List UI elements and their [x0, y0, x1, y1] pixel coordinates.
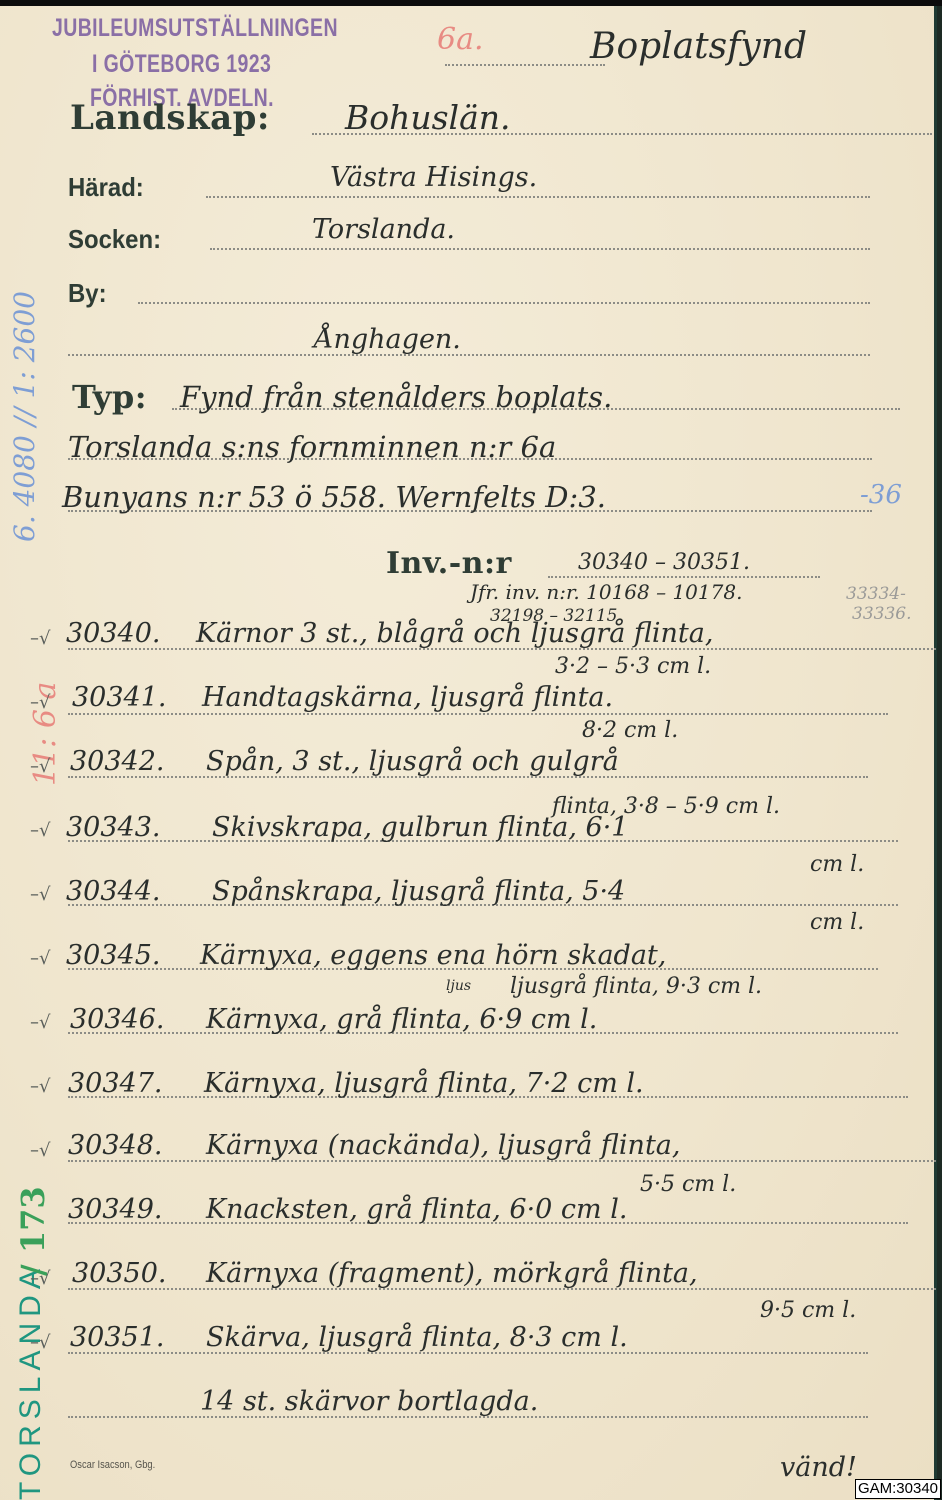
checkmark-icon: –√: [30, 1332, 50, 1353]
item-description: Kärnyxa, ljusgrå flinta, 7·2 cm l.: [204, 1068, 644, 1099]
item-inv-number: 30350.: [72, 1258, 166, 1289]
item-inv-number: 30340.: [66, 618, 160, 649]
item-inv-number: 30341.: [72, 682, 166, 713]
inv-label: Inv.-n:r: [386, 546, 512, 581]
item-inv-number: 30342.: [70, 746, 164, 777]
item-description-cont: cm l.: [810, 910, 864, 935]
item-description: Kärnyxa (nackända), ljusgrå flinta,: [206, 1130, 680, 1161]
checkmark-icon: –√: [30, 820, 50, 841]
archive-id-label: GAM:30340: [855, 1479, 941, 1499]
inv-value: 30340 – 30351.: [578, 550, 750, 575]
item-inv-number: 30351.: [70, 1322, 164, 1353]
typ-line1: Fynd från stenålders boplats.: [180, 380, 612, 414]
typ-line3: Bunyans n:r 53 ö 558. Wernfelts D:3.: [62, 480, 606, 514]
item-inv-number: 30343.: [66, 812, 160, 843]
harad-value: Västra Hisings.: [330, 162, 537, 193]
item-dotted-line: [68, 713, 888, 715]
landskap-label: Landskap:: [70, 98, 270, 138]
checkmark-icon: –√: [30, 1268, 50, 1289]
index-card: JUBILEUMSUTSTÄLLNINGEN I GÖTEBORG 1923 F…: [0, 6, 937, 1500]
turn-over-note: vänd!: [780, 1452, 857, 1483]
socken-dotted-line: [210, 248, 870, 250]
checkmark-icon: –√: [30, 692, 50, 713]
by-label: By:: [68, 278, 107, 309]
item-description-cont: 9·5 cm l.: [760, 1298, 856, 1323]
item-description: Kärnor 3 st., blågrå och ljusgrå flinta,: [196, 618, 713, 649]
checkmark-icon: –√: [30, 884, 50, 905]
item-description: Spånskrapa, ljusgrå flinta, 5·4: [212, 876, 625, 907]
by-dotted-line: [138, 302, 870, 304]
inv-compare-grey-bottom: 33336.: [852, 604, 911, 624]
place-value: Ånghagen.: [314, 324, 461, 355]
item-description: Handtagskärna, ljusgrå flinta.: [202, 682, 613, 713]
item-description: Skärva, ljusgrå flinta, 8·3 cm l.: [206, 1322, 628, 1353]
item-description: Spån, 3 st., ljusgrå och gulgrå: [206, 746, 619, 777]
margin-parish-stamp: TORSLANDA: [14, 1263, 48, 1500]
exhibition-stamp-line2: I GÖTEBORG 1923: [92, 52, 271, 77]
place-dotted-line: [68, 354, 870, 356]
checkmark-icon: –√: [30, 948, 50, 969]
landskap-value: Bohuslän.: [345, 98, 511, 137]
item-inv-number: 30349.: [68, 1194, 162, 1225]
item-inv-number: 30346.: [70, 1004, 164, 1035]
item-description: Kärnyxa (fragment), mörkgrå flinta,: [206, 1258, 698, 1289]
checkmark-icon: –√: [30, 1076, 50, 1097]
item-description: Knacksten, grå flinta, 6·0 cm l.: [206, 1194, 627, 1225]
checkmark-icon: –√: [30, 1140, 50, 1161]
item-inv-number: 30347.: [68, 1068, 162, 1099]
item-inv-number: 30345.: [66, 940, 160, 971]
margin-green-number: / 173: [14, 1186, 52, 1276]
socken-value: Torslanda.: [312, 214, 455, 245]
red-site-number: 6a.: [437, 22, 484, 57]
category-value: Boplatsfynd: [590, 26, 807, 67]
typ-line3-blue-annotation: -36: [860, 480, 902, 510]
margin-blue-reference: 6. 4080 // 1: 2600: [8, 291, 41, 542]
inv-dotted-line: [548, 576, 820, 578]
category-dotted-line: [445, 64, 605, 66]
item-description-cont: 8·2 cm l.: [582, 718, 678, 743]
item-description-insert: ljus: [446, 978, 471, 994]
item-description: Kärnyxa, eggens ena hörn skadat,: [200, 940, 666, 971]
item-description: Kärnyxa, grå flinta, 6·9 cm l.: [206, 1004, 597, 1035]
typ-line2: Torslanda s:ns fornminnen n:r 6a: [68, 430, 556, 464]
item-description-cont: 5·5 cm l.: [640, 1172, 736, 1197]
checkmark-icon: –√: [30, 756, 50, 777]
item-description: Skivskrapa, gulbrun flinta, 6·1: [212, 812, 628, 843]
inv-compare-note: Jfr. inv. n:r. 10168 – 10178.: [470, 580, 742, 604]
checkmark-icon: –√: [30, 628, 50, 649]
printer-imprint: Oscar Isacson, Gbg.: [70, 1459, 155, 1471]
item-inv-number: 30344.: [66, 876, 160, 907]
inv-compare-grey-top: 33334-: [846, 584, 906, 604]
exhibition-stamp-line1: JUBILEUMSUTSTÄLLNINGEN: [52, 16, 338, 41]
item-description-cont: ljusgrå flinta, 9·3 cm l.: [510, 974, 762, 999]
checkmark-icon: –√: [30, 1012, 50, 1033]
socken-label: Socken:: [68, 224, 161, 255]
harad-dotted-line: [206, 196, 870, 198]
item-description-cont: cm l.: [810, 852, 864, 877]
discarded-note: 14 st. skärvor bortlagda.: [200, 1386, 538, 1417]
harad-label: Härad:: [68, 172, 144, 203]
item-inv-number: 30348.: [68, 1130, 162, 1161]
item-description-cont: 3·2 – 5·3 cm l.: [555, 654, 711, 679]
typ-label: Typ:: [72, 378, 147, 416]
